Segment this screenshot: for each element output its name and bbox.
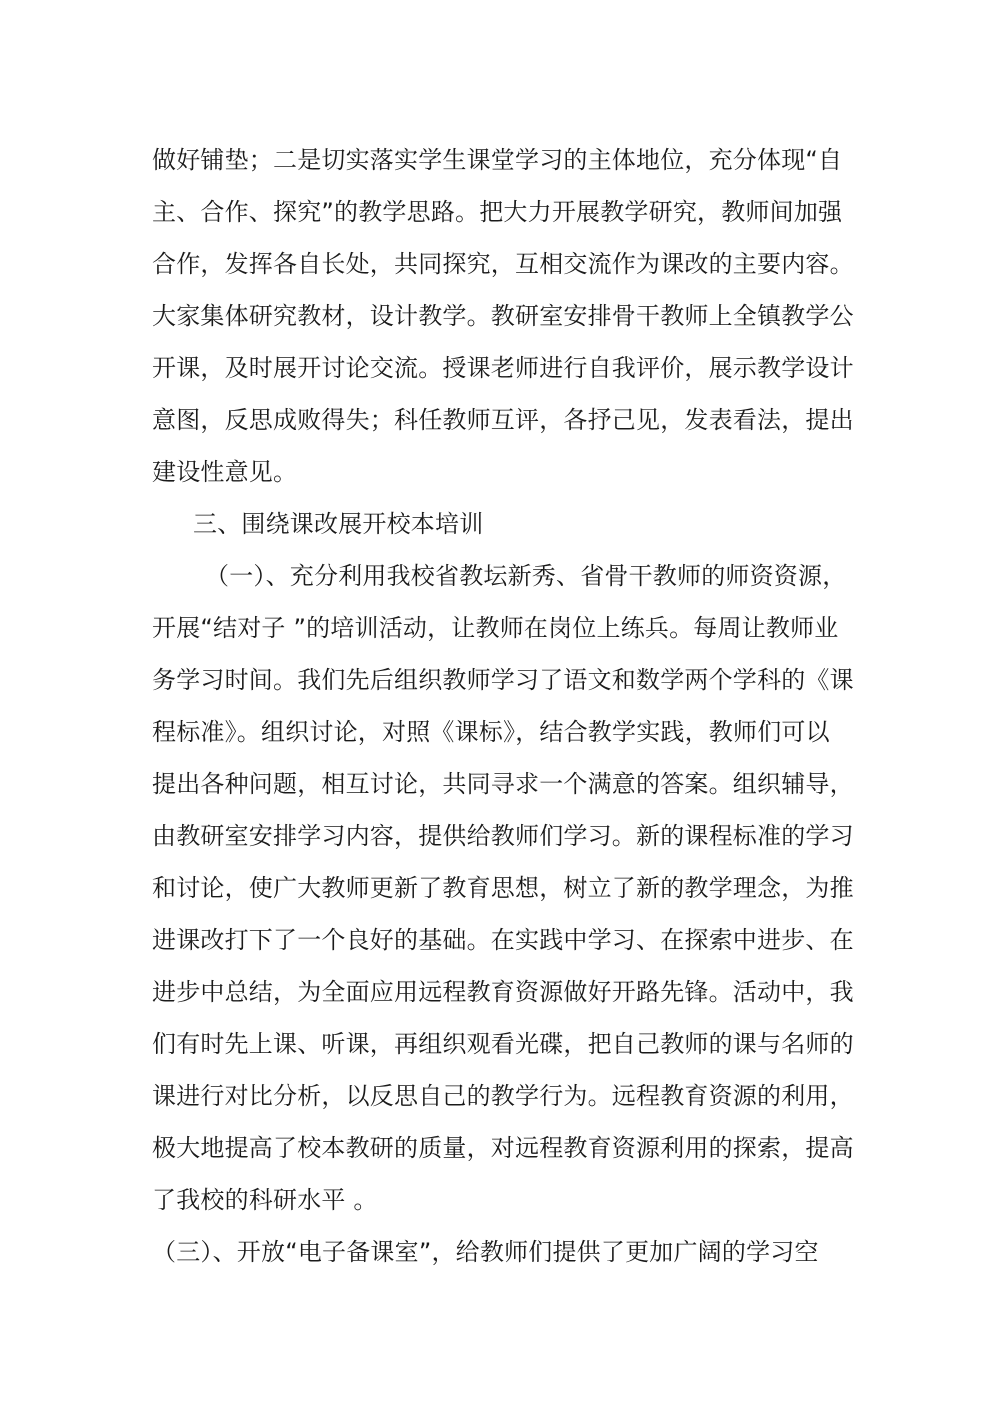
body-text-line: 务学习时间。我们先后组织教师学习了语文和数学两个学科的《课	[152, 665, 852, 695]
section-heading: 三、围绕课改展开校本培训	[193, 509, 893, 539]
body-text-line: 开课，及时展开讨论交流。授课老师进行自我评价，展示教学设计	[152, 353, 852, 383]
body-text-line: 大家集体研究教材，设计教学。教研室安排骨干教师上全镇教学公	[152, 301, 852, 331]
body-text-line: 极大地提高了校本教研的质量，对远程教育资源利用的探索，提高	[152, 1133, 852, 1163]
body-text-line: 提出各种问题，相互讨论，共同寻求一个满意的答案。组织辅导，	[152, 769, 852, 799]
body-text-line: 们有时先上课、听课，再组织观看光碟，把自己教师的课与名师的	[152, 1029, 852, 1059]
body-text-line: 和讨论，使广大教师更新了教育思想，树立了新的教学理念，为推	[152, 873, 852, 903]
body-text-line: 建设性意见。	[152, 457, 852, 487]
subsection-start-line: （一）、充分利用我校省教坛新秀、省骨干教师的师资资源，	[205, 561, 905, 591]
body-text-line: 由教研室安排学习内容，提供给教师们学习。新的课程标准的学习	[152, 821, 852, 851]
body-text-line: 进步中总结，为全面应用远程教育资源做好开路先锋。活动中，我	[152, 977, 852, 1007]
subsection-start-line: （三）、开放“电子备课室”，给教师们提供了更加广阔的学习空	[152, 1237, 852, 1267]
body-text-line: 做好铺垫；二是切实落实学生课堂学习的主体地位，充分体现“自	[152, 145, 852, 175]
body-text-line: 开展“结对子 ”的培训活动，让教师在岗位上练兵。每周让教师业	[152, 613, 852, 643]
document-page: 做好铺垫；二是切实落实学生课堂学习的主体地位，充分体现“自 主、合作、探究”的教…	[0, 0, 1000, 1415]
body-text-line: 意图，反思成败得失；科任教师互评，各抒己见，发表看法，提出	[152, 405, 852, 435]
body-text-line: 进课改打下了一个良好的基础。在实践中学习、在探索中进步、在	[152, 925, 852, 955]
body-text-line: 课进行对比分析，以反思自己的教学行为。远程教育资源的利用，	[152, 1081, 852, 1111]
body-text-line: 主、合作、探究”的教学思路。把大力开展教学研究，教师间加强	[152, 197, 852, 227]
body-text-line: 合作，发挥各自长处，共同探究，互相交流作为课改的主要内容。	[152, 249, 852, 279]
body-text-line: 了我校的科研水平 。	[152, 1185, 852, 1215]
body-text-line: 程标准》。组织讨论，对照《课标》，结合教学实践，教师们可以	[152, 717, 852, 747]
